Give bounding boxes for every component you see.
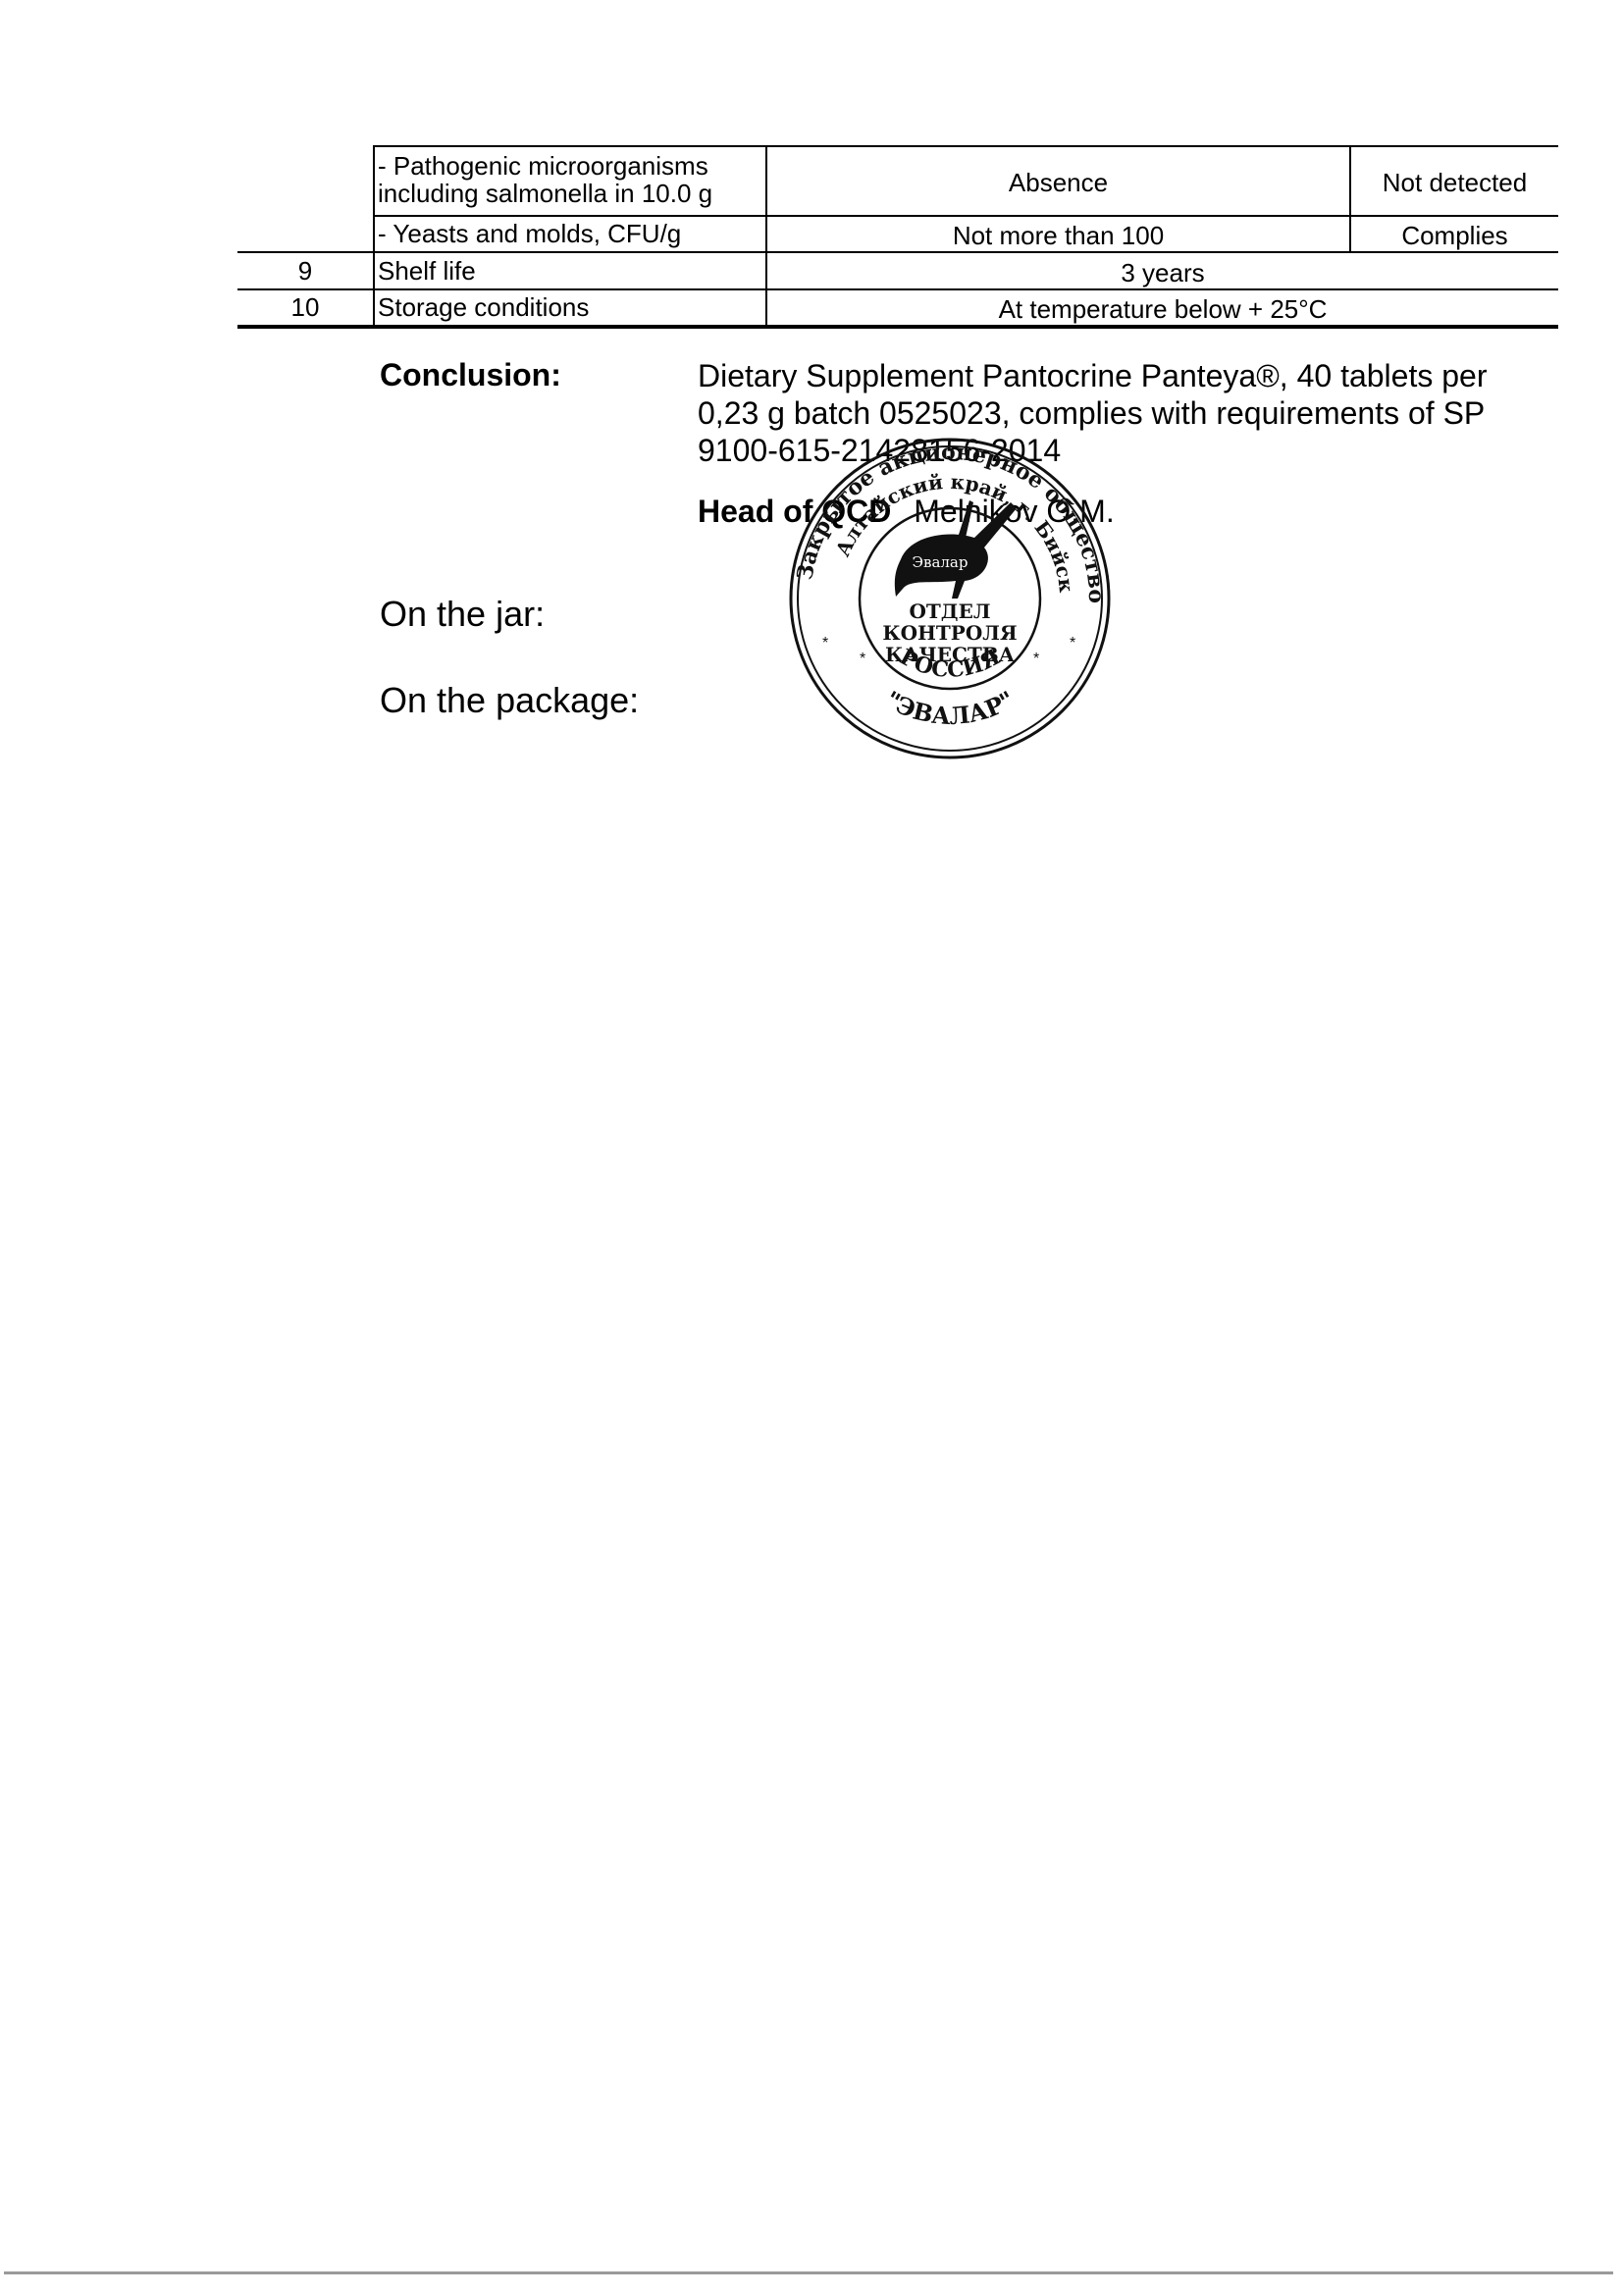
conclusion-label: Conclusion: bbox=[380, 357, 561, 393]
stamp-center-line: ОТДЕЛ bbox=[909, 600, 990, 623]
table-col-divider-1 bbox=[373, 145, 375, 327]
requirement-cell: Absence bbox=[767, 169, 1349, 196]
result-cell: Complies bbox=[1351, 222, 1558, 249]
conclusion-line: 0,23 g batch 0525023, complies with requ… bbox=[698, 394, 1487, 432]
company-stamp-icon: Закрытое акционерное общество Алтайский … bbox=[783, 432, 1117, 765]
svg-text:*: * bbox=[1070, 635, 1075, 652]
parameter-line: - Pathogenic microorganisms bbox=[378, 152, 712, 180]
table-rule-bottom bbox=[237, 325, 1558, 329]
merged-value-cell: 3 years bbox=[767, 259, 1558, 287]
table-rule-top bbox=[373, 145, 1558, 147]
table-rule-row1 bbox=[373, 215, 1558, 217]
stamp-bottom-outer: "ЭВАЛАР" bbox=[880, 685, 1019, 730]
parameter-cell: - Yeasts and molds, CFU/g bbox=[378, 220, 681, 247]
conclusion-line: Dietary Supplement Pantocrine Panteya®, … bbox=[698, 357, 1487, 394]
svg-text:*: * bbox=[822, 635, 828, 652]
stamp-center-line: КОНТРОЛЯ bbox=[882, 621, 1017, 645]
result-cell: Not detected bbox=[1351, 169, 1558, 196]
requirement-cell: Not more than 100 bbox=[767, 222, 1349, 249]
parameter-cell: Shelf life bbox=[378, 257, 476, 285]
svg-text:*: * bbox=[1033, 651, 1039, 667]
stamp-logo-text: Эвалар bbox=[913, 553, 969, 571]
svg-text:*: * bbox=[860, 651, 865, 667]
on-jar-label: On the jar: bbox=[380, 594, 545, 635]
table-rule-row3 bbox=[237, 288, 1558, 290]
row-number-cell: 9 bbox=[237, 257, 373, 285]
table-rule-row2 bbox=[237, 251, 1558, 253]
parameter-line: including salmonella in 10.0 g bbox=[378, 180, 712, 207]
on-package-label: On the package: bbox=[380, 680, 639, 721]
row-number-cell: 10 bbox=[237, 293, 373, 321]
svg-text:"ЭВАЛАР": "ЭВАЛАР" bbox=[880, 685, 1019, 730]
page-bottom-rule bbox=[4, 2271, 1613, 2274]
parameter-cell: Storage conditions bbox=[378, 293, 589, 321]
merged-value-cell: At temperature below + 25°C bbox=[767, 295, 1558, 323]
parameter-cell: - Pathogenic microorganisms including sa… bbox=[378, 152, 712, 207]
